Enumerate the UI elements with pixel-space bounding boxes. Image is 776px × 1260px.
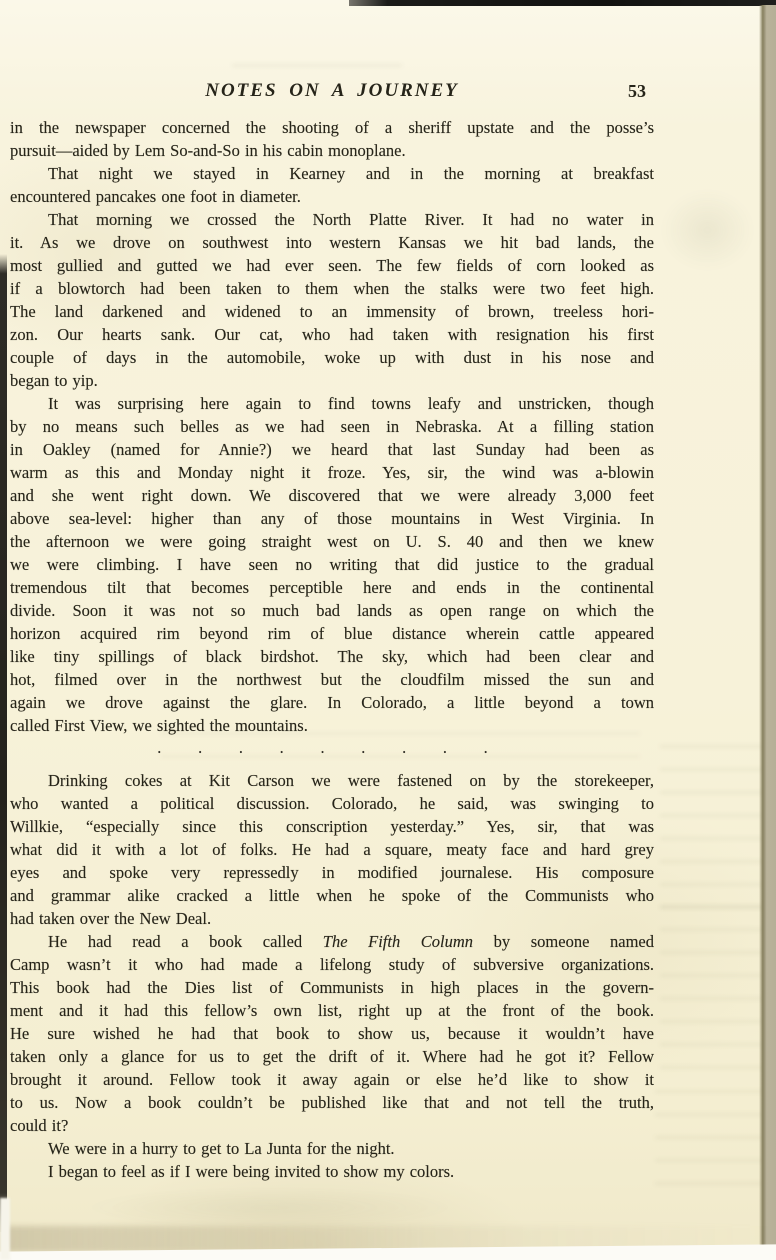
text-line: by no means such belles as we had seen i… [10,415,654,438]
text-block-bottom: Drinking cokes at Kit Carson we were fas… [10,769,654,1183]
text-line: in Oakley (named for Annie?) we heard th… [10,438,654,461]
text-line: above sea-level: higher than any of thos… [10,507,654,530]
bleed-through-artifact [660,745,765,915]
bleed-through-artifact [232,64,402,76]
text-line: hot, filmed over in the northwest but th… [10,668,654,691]
text-line: the afternoon we were going straight wes… [10,530,654,553]
text-line: Willkie, “especially since this conscrip… [10,815,654,838]
page-title: NOTES ON A JOURNEY [10,78,654,104]
text-line: taken only a glance for us to get the dr… [10,1045,654,1068]
text-line: Camp wasn’t it who had made a lifelong s… [10,953,654,976]
text-line: to us. Now a book couldn’t be published … [10,1091,654,1114]
text-line: it. As we drove on southwest into wester… [10,231,654,254]
text-line: ment and it had this fellow’s own list, … [10,999,654,1022]
text-line: brought it around. Fellow took it away a… [10,1068,654,1091]
page-header: NOTES ON A JOURNEY 53 [10,78,654,104]
text-line: we were climbing. I have seen no writing… [10,553,654,576]
text-line: warm as this and Monday night it froze. … [10,461,654,484]
text-line: and she went right down. We discovered t… [10,484,654,507]
bleed-through-artifact [655,175,760,285]
text-line: began to yip. [10,369,654,392]
book-page-scan: NOTES ON A JOURNEY 53 in the newspaper c… [0,0,776,1260]
text-line: could it? [10,1114,654,1137]
text-line: This book had the Dies list of Communist… [10,976,654,999]
text-line: if a blowtorch had been taken to them wh… [10,277,654,300]
text-line: couple of days in the automobile, woke u… [10,346,654,369]
paragraph: Drinking cokes at Kit Carson we were fas… [10,769,654,930]
text-line: I began to feel as if I were being invit… [10,1160,654,1183]
text-line: Drinking cokes at Kit Carson we were fas… [10,769,654,792]
text-line: That morning we crossed the North Platte… [10,208,654,231]
text-line: The land darkened and widened to an imme… [10,300,654,323]
paragraph: It was surprising here again to find tow… [10,392,654,737]
text-line: like tiny spillings of black birdshot. T… [10,645,654,668]
text-line: He sure wished he had that book to show … [10,1022,654,1045]
text-line: encountered pancakes one foot in diamete… [10,185,654,208]
text-line: pursuit—aided by Lem So-and-So in his ca… [10,139,654,162]
paragraph: That night we stayed in Kearney and in t… [10,162,654,208]
text-line: It was surprising here again to find tow… [10,392,654,415]
text-line: and grammar alike cracked a little when … [10,884,654,907]
text-line: called First View, we sighted the mounta… [10,714,654,737]
left-page-edge-shadow [0,254,7,1232]
text-line: most gullied and gutted we had ever seen… [10,254,654,277]
book-title-italic: The Fifth Column [323,932,473,951]
text-line: had taken over the New Deal. [10,907,654,930]
bleed-through-artifact [660,905,765,1085]
bottom-left-corner-highlight [0,1198,10,1260]
paragraph: That morning we crossed the North Platte… [10,208,654,392]
text-line: tremendous tilt that becomes perceptible… [10,576,654,599]
text-line: horizon acquired rim beyond rim of blue … [10,622,654,645]
paragraph: We were in a hurry to get to La Junta fo… [10,1137,654,1160]
paragraph: He had read a book called The Fifth Colu… [10,930,654,1137]
text-line: in the newspaper concerned the shooting … [10,116,654,139]
text-line: He had read a book called The Fifth Colu… [10,930,654,953]
section-separator-dots: ••••••••• [10,737,654,769]
text-line: zon. Our hearts sank. Our cat, who had t… [10,323,654,346]
text-segment: He had read a book called [48,932,323,951]
bleed-through-artifact [655,1090,765,1185]
page-number: 53 [628,78,646,104]
body-text: in the newspaper concerned the shooting … [10,116,654,1183]
text-line: divide. Soon it was not so much bad land… [10,599,654,622]
text-segment: by someone named [473,932,654,951]
text-line: eyes and spoke very repressedly in modif… [10,861,654,884]
top-scan-bar [349,0,776,6]
text-line: again we drove against the glare. In Col… [10,691,654,714]
text-block-top: in the newspaper concerned the shooting … [10,116,654,737]
paragraph: in the newspaper concerned the shooting … [10,116,654,162]
text-line: That night we stayed in Kearney and in t… [10,162,654,185]
text-line: who wanted a political discussion. Color… [10,792,654,815]
text-line: what did it with a lot of folks. He had … [10,838,654,861]
text-line: We were in a hurry to get to La Junta fo… [10,1137,654,1160]
paragraph: I began to feel as if I were being invit… [10,1160,654,1183]
right-page-edge-shadow [759,5,776,1248]
